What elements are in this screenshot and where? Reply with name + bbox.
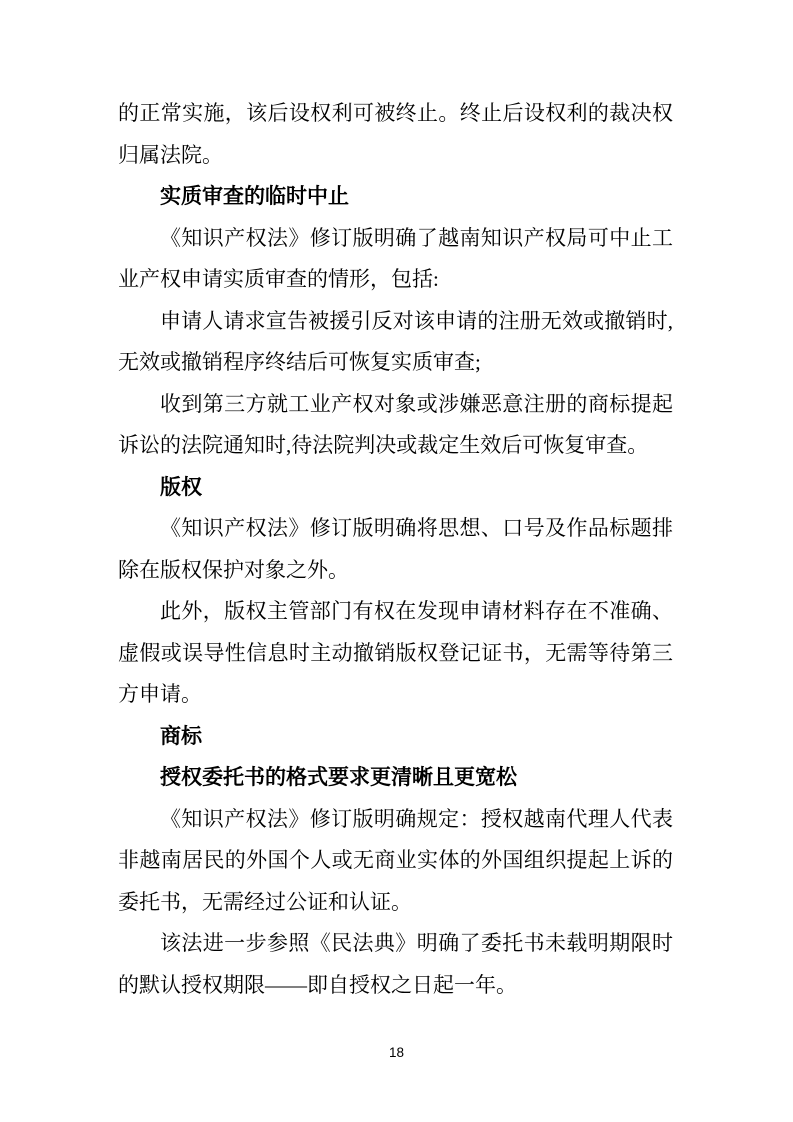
body-paragraph: 收到第三方就工业产权对象或涉嫌恶意注册的商标提起诉讼的法院通知时,待法院判决或裁… [118,384,673,467]
body-paragraph: 《知识产权法》修订版明确规定：授权越南代理人代表非越南居民的外国个人或无商业实体… [118,799,673,924]
document-page: 的正常实施，该后设权利可被终止。终止后设权利的裁决权归属法院。 实质审查的临时中… [0,0,793,1122]
body-paragraph: 该法进一步参照《民法典》明确了委托书未载明期限时的默认授权期限——即自授权之日起… [118,923,673,1006]
body-paragraph: 此外，版权主管部门有权在发现申请材料存在不准确、虚假或误导性信息时主动撤销版权登… [118,591,673,716]
section-heading-substantive-examination-suspension: 实质审查的临时中止 [118,176,673,218]
document-body: 的正常实施，该后设权利可被终止。终止后设权利的裁决权归属法院。 实质审查的临时中… [118,93,673,1006]
section-heading-copyright: 版权 [118,467,673,509]
page-number: 18 [0,1045,793,1061]
body-paragraph: 《知识产权法》修订版明确将思想、口号及作品标题排除在版权保护对象之外。 [118,508,673,591]
section-heading-trademark: 商标 [118,716,673,758]
body-paragraph-continuation: 的正常实施，该后设权利可被终止。终止后设权利的裁决权归属法院。 [118,93,673,176]
section-heading-power-of-attorney-format: 授权委托书的格式要求更清晰且更宽松 [118,757,673,799]
body-paragraph: 《知识产权法》修订版明确了越南知识产权局可中止工业产权申请实质审查的情形，包括: [118,218,673,301]
body-paragraph: 申请人请求宣告被援引反对该申请的注册无效或撤销时,无效或撤销程序终结后可恢复实质… [118,301,673,384]
